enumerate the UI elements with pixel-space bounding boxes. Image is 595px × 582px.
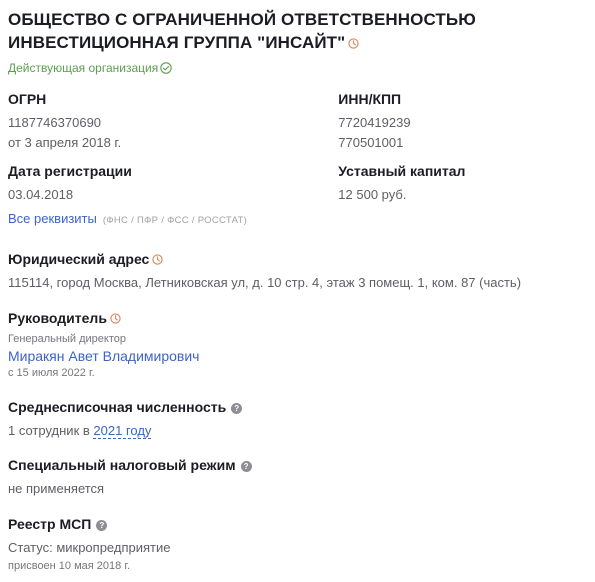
headcount-value: 1 сотрудник в 2021 году <box>8 421 587 441</box>
question-circle-icon[interactable]: ? <box>96 520 107 531</box>
all-requisites-row: Все реквизиты(ФНС / ПФР / ФСС / РОССТАТ) <box>8 209 338 231</box>
head-position: Генеральный директор <box>8 331 587 347</box>
address-label-text: Юридический адрес <box>8 251 149 267</box>
head-name-row: Миракян Авет Владимирович <box>8 347 587 365</box>
status-text: Действующая организация <box>8 61 158 75</box>
ogrn-value: 1187746370690 <box>8 113 338 133</box>
capital-label: Уставный капитал <box>338 162 587 180</box>
capital-block: Уставный капитал 12 500 руб. <box>338 162 587 205</box>
msp-section: Реестр МСП? Статус: микропредприятие при… <box>8 515 587 574</box>
company-status: Действующая организация <box>8 61 587 75</box>
company-name: ОБЩЕСТВО С ОГРАНИЧЕННОЙ ОТВЕТСТВЕННОСТЬЮ… <box>8 10 476 52</box>
tax-section: Специальный налоговый режим? не применяе… <box>8 456 587 499</box>
head-label-text: Руководитель <box>8 310 107 326</box>
inn-kpp-label: ИНН/КПП <box>338 90 587 108</box>
requisites-grid: ОГРН 1187746370690 от 3 апреля 2018 г. Д… <box>8 90 587 231</box>
ogrn-label: ОГРН <box>8 90 338 108</box>
tax-value: не применяется <box>8 479 587 499</box>
all-requisites-link[interactable]: Все реквизиты <box>8 211 97 226</box>
headcount-label: Среднесписочная численность? <box>8 398 587 416</box>
headcount-section: Среднесписочная численность? 1 сотрудник… <box>8 398 587 441</box>
tax-label: Специальный налоговый режим? <box>8 456 587 474</box>
address-section: Юридический адрес 115114, город Москва, … <box>8 250 587 293</box>
company-title: ОБЩЕСТВО С ОГРАНИЧЕННОЙ ОТВЕТСТВЕННОСТЬЮ… <box>8 8 587 54</box>
clock-icon[interactable] <box>152 251 163 262</box>
inn-kpp-block: ИНН/КПП 7720419239 770501001 <box>338 90 587 153</box>
company-card: ОБЩЕСТВО С ОГРАНИЧЕННОЙ ОТВЕТСТВЕННОСТЬЮ… <box>0 0 595 574</box>
requisites-right: ИНН/КПП 7720419239 770501001 Уставный ка… <box>338 90 587 231</box>
headcount-label-text: Среднесписочная численность <box>8 399 226 415</box>
inn-value: 7720419239 <box>338 113 587 133</box>
headcount-year-link[interactable]: 2021 году <box>93 423 151 439</box>
msp-assigned: присвоен 10 мая 2018 г. <box>8 558 587 574</box>
question-circle-icon[interactable]: ? <box>241 461 252 472</box>
kpp-value: 770501001 <box>338 133 587 153</box>
address-value: 115114, город Москва, Летниковская ул, д… <box>8 273 587 293</box>
clock-icon[interactable] <box>348 32 359 43</box>
clock-icon[interactable] <box>110 310 121 321</box>
head-label: Руководитель <box>8 309 587 327</box>
address-label: Юридический адрес <box>8 250 587 268</box>
question-circle-icon[interactable]: ? <box>231 403 242 414</box>
headcount-prefix: 1 сотрудник в <box>8 423 90 438</box>
tax-label-text: Специальный налоговый режим <box>8 457 236 473</box>
head-section: Руководитель Генеральный директор Миракя… <box>8 309 587 381</box>
registration-label: Дата регистрации <box>8 162 338 180</box>
capital-value: 12 500 руб. <box>338 185 587 205</box>
requisites-sources: (ФНС / ПФР / ФСС / РОССТАТ) <box>103 215 247 226</box>
head-since: с 15 июля 2022 г. <box>8 365 587 381</box>
check-circle-icon <box>160 62 172 74</box>
ogrn-date: от 3 апреля 2018 г. <box>8 133 338 153</box>
ogrn-block: ОГРН 1187746370690 от 3 апреля 2018 г. <box>8 90 338 153</box>
registration-block: Дата регистрации 03.04.2018 <box>8 162 338 205</box>
registration-value: 03.04.2018 <box>8 185 338 205</box>
msp-label-text: Реестр МСП <box>8 516 91 532</box>
msp-status: Статус: микропредприятие <box>8 538 587 558</box>
requisites-left: ОГРН 1187746370690 от 3 апреля 2018 г. Д… <box>8 90 338 231</box>
head-name-link[interactable]: Миракян Авет Владимирович <box>8 348 199 364</box>
msp-label: Реестр МСП? <box>8 515 587 533</box>
